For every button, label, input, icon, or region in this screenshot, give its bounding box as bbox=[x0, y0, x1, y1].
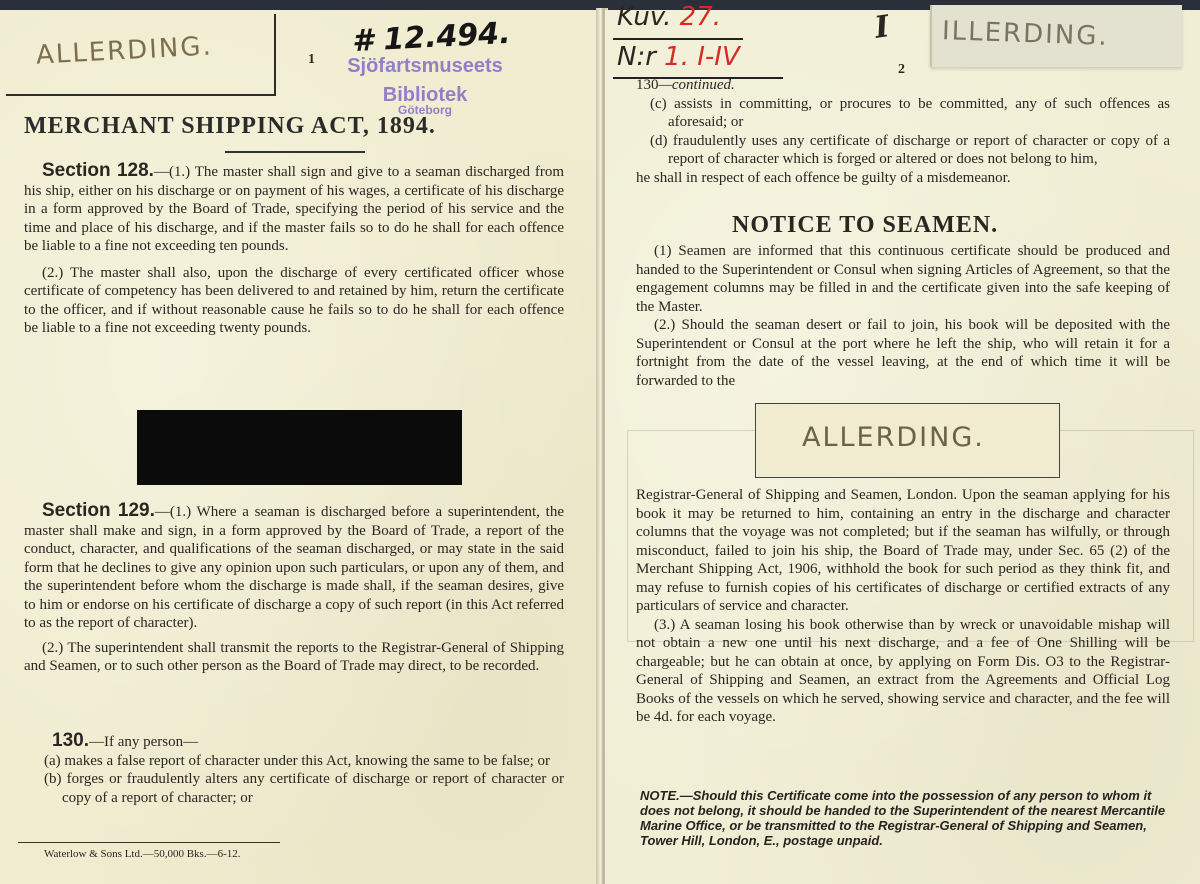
notice-body-top: (1) Seamen are informed that this contin… bbox=[636, 242, 1170, 390]
notice-p1: (1) Seamen are informed that this contin… bbox=[636, 242, 1170, 316]
section-130-cont-heading: 130 bbox=[636, 77, 659, 93]
act-title: MERCHANT SHIPPING ACT, 1894. bbox=[24, 113, 436, 140]
section-130-d: (d) fraudulently uses any certificate of… bbox=[636, 132, 1170, 169]
name-box-right: ALLERDING. bbox=[755, 403, 1060, 478]
archive-nr-mark: N:r 1. I-IV bbox=[617, 42, 740, 72]
notice-p2-start: (2.) Should the seaman desert or fail to… bbox=[636, 316, 1170, 390]
nr-value: 1. I-IV bbox=[664, 42, 740, 72]
printer-footer: Waterlow & Sons Ltd.—50,000 Bks.—6-12. bbox=[44, 848, 241, 860]
title-underline bbox=[225, 151, 365, 153]
section-129-heading: Section 129. bbox=[42, 500, 155, 521]
kuv-value: 27. bbox=[680, 2, 721, 32]
notice-title: NOTICE TO SEAMEN. bbox=[732, 212, 998, 239]
name-label-box: ALLERDING. bbox=[6, 14, 276, 96]
nr-label: N:r bbox=[617, 42, 656, 72]
section-130-b: (b) forges or fraudulently alters any ce… bbox=[30, 770, 564, 807]
section-128-heading: Section 128. bbox=[42, 160, 154, 181]
kuv-underline bbox=[613, 38, 743, 40]
section-128: Section 128.—(1.) The master shall sign … bbox=[24, 162, 564, 338]
archive-kuv-mark: Kuv. 27. bbox=[617, 2, 721, 32]
section-130: 130.—If any person— (a) makes a false re… bbox=[30, 732, 564, 807]
section-130-conclusion: he shall in respect of each offence be g… bbox=[636, 169, 1170, 188]
footer-rule bbox=[18, 842, 280, 843]
notice-body-bottom: Registrar-General of Shipping and Seamen… bbox=[636, 486, 1170, 727]
library-stamp: Sjöfartsmuseets Bibliotek Göteborg bbox=[335, 55, 515, 117]
left-page: ALLERDING. 1 # 12.494. Sjöfartsmuseets B… bbox=[0, 10, 600, 884]
section-130-a: (a) makes a false report of character un… bbox=[30, 752, 564, 771]
section-129-p1: —(1.) Where a seaman is discharged befor… bbox=[24, 504, 564, 631]
notice-p3: (3.) A seaman losing his book otherwise … bbox=[636, 616, 1170, 727]
section-130-cont-suffix: —continued. bbox=[659, 77, 735, 93]
section-130-continued: 130—continued. (c) assists in committing… bbox=[636, 76, 1170, 187]
name-tab: ILLERDING. bbox=[930, 5, 1182, 67]
kuv-label: Kuv. bbox=[617, 2, 671, 32]
redaction-block bbox=[137, 410, 462, 485]
lost-certificate-note: NOTE.—Should this Certificate come into … bbox=[640, 788, 1175, 848]
section-129: Section 129.—(1.) Where a seaman is disc… bbox=[24, 502, 564, 676]
page-number: 1 bbox=[308, 52, 315, 68]
stamp-line-1: Sjöfartsmuseets bbox=[335, 55, 515, 78]
section-130-heading: 130. bbox=[52, 730, 89, 751]
section-130-c: (c) assists in committing, or procures t… bbox=[636, 95, 1170, 132]
section-130-intro: —If any person— bbox=[89, 734, 198, 750]
notice-p2-end: Registrar-General of Shipping and Seamen… bbox=[636, 486, 1170, 616]
section-128-p2: (2.) The master shall also, upon the dis… bbox=[24, 264, 564, 338]
handwritten-name: ALLERDING. bbox=[35, 31, 213, 70]
reference-number: # 12.494. bbox=[351, 16, 511, 59]
tab-handwritten-name: ILLERDING. bbox=[942, 16, 1110, 52]
handwritten-name-right: ALLERDING. bbox=[802, 422, 985, 453]
section-129-p2: (2.) The superintendent shall transmit t… bbox=[24, 639, 564, 676]
